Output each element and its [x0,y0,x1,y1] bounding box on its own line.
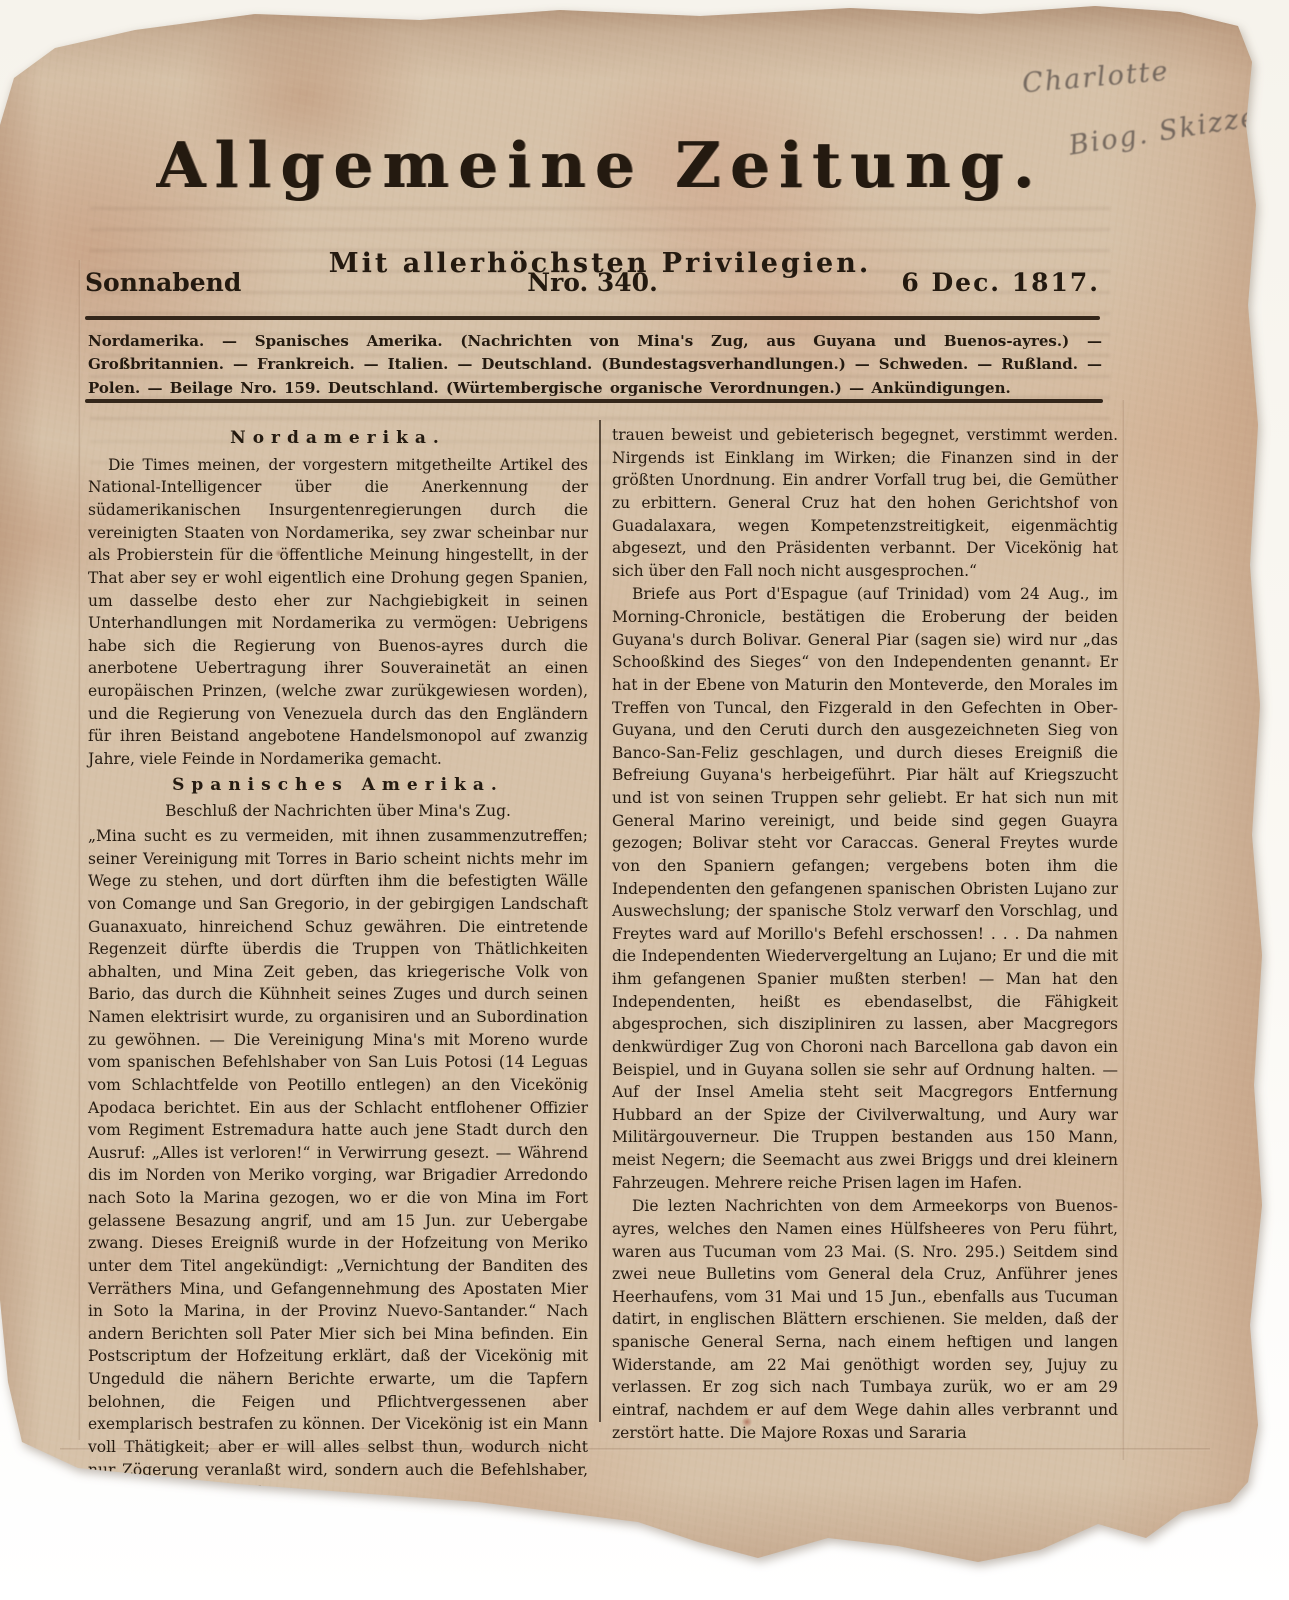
article-subheading: Beschluß der Nachrichten über Mina's Zug… [88,800,588,823]
paper-wrapper: Charlotte Biog. Skizze Allgemeine Zeitun… [0,0,1289,1600]
section-heading-spanisches-amerika: Spanisches Amerika. [88,773,588,798]
right-column: trauen beweist und gebieterisch begegnet… [612,424,1118,1445]
article-paragraph: Die lezten Nachrichten von dem Armeekorp… [612,1195,1118,1444]
section-heading-nordamerika: Nordamerika. [88,426,588,451]
scanned-newspaper-page: { "annotation": { "line1": "Charlotte", … [0,0,1289,1600]
newspaper-paper-sheet: Charlotte Biog. Skizze Allgemeine Zeitun… [0,0,1266,1580]
vertical-fold-crease-right [1122,400,1125,1460]
rule-under-index [85,399,1103,403]
newspaper-title: Allgemeine Zeitung. [90,128,1110,202]
rule-under-dateline [85,316,1100,320]
article-paragraph: Briefe aus Port d'Espague (auf Trinidad)… [612,583,1118,1194]
dateline-row: Sonnabend Nro. 340. 6 Dec. 1817. [85,268,1100,308]
pencil-annotation-line1: Charlotte [1021,56,1171,100]
column-divider-rule [599,420,601,1422]
article-paragraph: trauen beweist und gebieterisch begegnet… [612,424,1118,582]
article-paragraph: Die Times meinen, der vorgestern mitgeth… [88,454,588,771]
contents-index: Nordamerika. — Spanisches Amerika. (Nach… [88,330,1102,400]
dateline-date: 6 Dec. 1817. [901,268,1100,297]
article-paragraph: „Mina sucht es zu vermeiden, mit ihnen z… [88,825,588,1504]
vertical-fold-crease-left [78,260,81,1440]
left-column: Nordamerika. Die Times meinen, der vorge… [88,424,588,1505]
